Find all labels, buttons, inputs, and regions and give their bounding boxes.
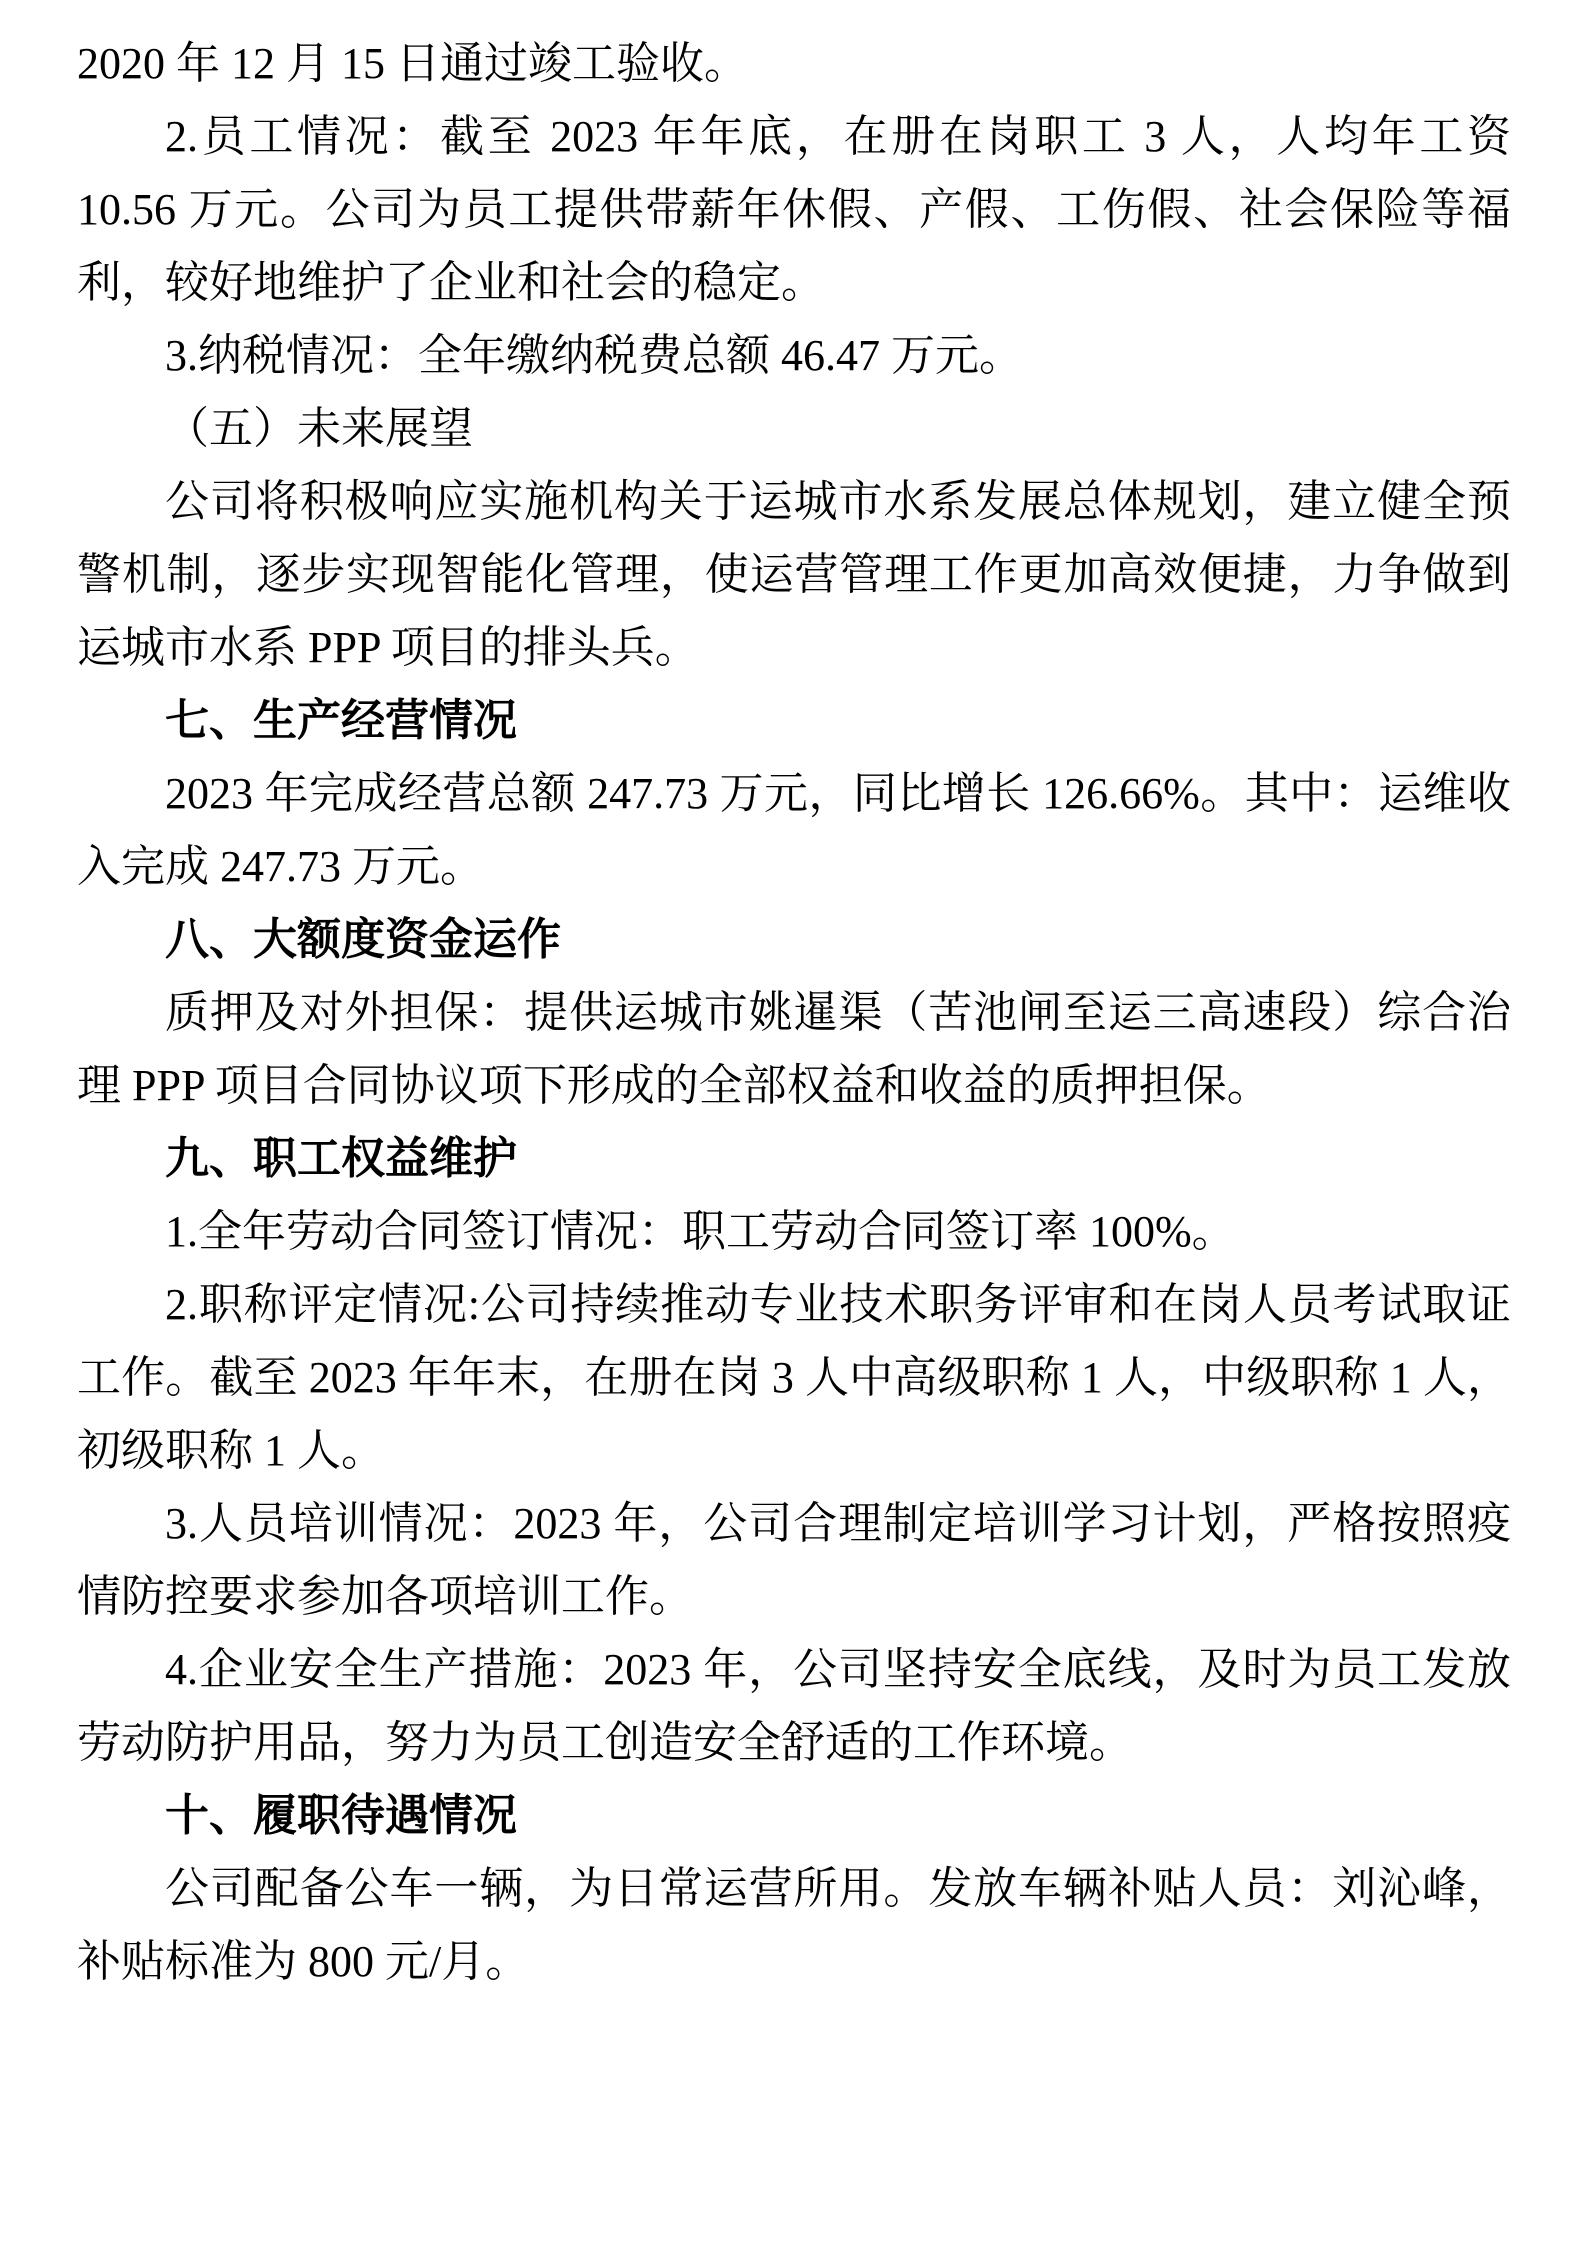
section-heading-employee-rights: 九、职工权益维护 [77,1122,1511,1195]
paragraph-continuation: 2020 年 12 月 15 日通过竣工验收。 [77,27,1511,100]
document-page: 2020 年 12 月 15 日通过竣工验收。 2.员工情况：截至 2023 年… [0,0,1587,2245]
paragraph-employee-info: 2.员工情况：截至 2023 年年底，在册在岗职工 3 人，人均年工资 10.5… [77,100,1511,319]
paragraph-future-outlook: 公司将积极响应实施机构关于运城市水系发展总体规划，建立健全预警机制，逐步实现智能… [77,465,1511,684]
paragraph-production-operation: 2023 年完成经营总额 247.73 万元，同比增长 126.66%。其中：运… [77,757,1511,903]
paragraph-pledge-guarantee: 质押及对外担保：提供运城市姚暹渠（苦池闸至运三高速段）综合治理 PPP 项目合同… [77,976,1511,1122]
section-heading-duty-benefits: 十、履职待遇情况 [77,1779,1511,1852]
paragraph-title-evaluation: 2.职称评定情况:公司持续推动专业技术职务评审和在岗人员考试取证工作。截至 20… [77,1268,1511,1487]
section-heading-production-operation: 七、生产经营情况 [77,684,1511,757]
paragraph-labor-contract: 1.全年劳动合同签订情况：职工劳动合同签订率 100%。 [77,1195,1511,1268]
paragraph-vehicle-subsidy: 公司配备公车一辆，为日常运营所用。发放车辆补贴人员：刘沁峰，补贴标准为 800 … [77,1852,1511,1998]
section-heading-large-funds: 八、大额度资金运作 [77,903,1511,976]
paragraph-training: 3.人员培训情况：2023 年，公司合理制定培训学习计划，严格按照疫情防控要求参… [77,1487,1511,1633]
paragraph-safety-measures: 4.企业安全生产措施：2023 年，公司坚持安全底线，及时为员工发放劳动防护用品… [77,1633,1511,1779]
subsection-heading-future-outlook: （五）未来展望 [77,392,1511,465]
paragraph-tax-info: 3.纳税情况：全年缴纳税费总额 46.47 万元。 [77,319,1511,392]
